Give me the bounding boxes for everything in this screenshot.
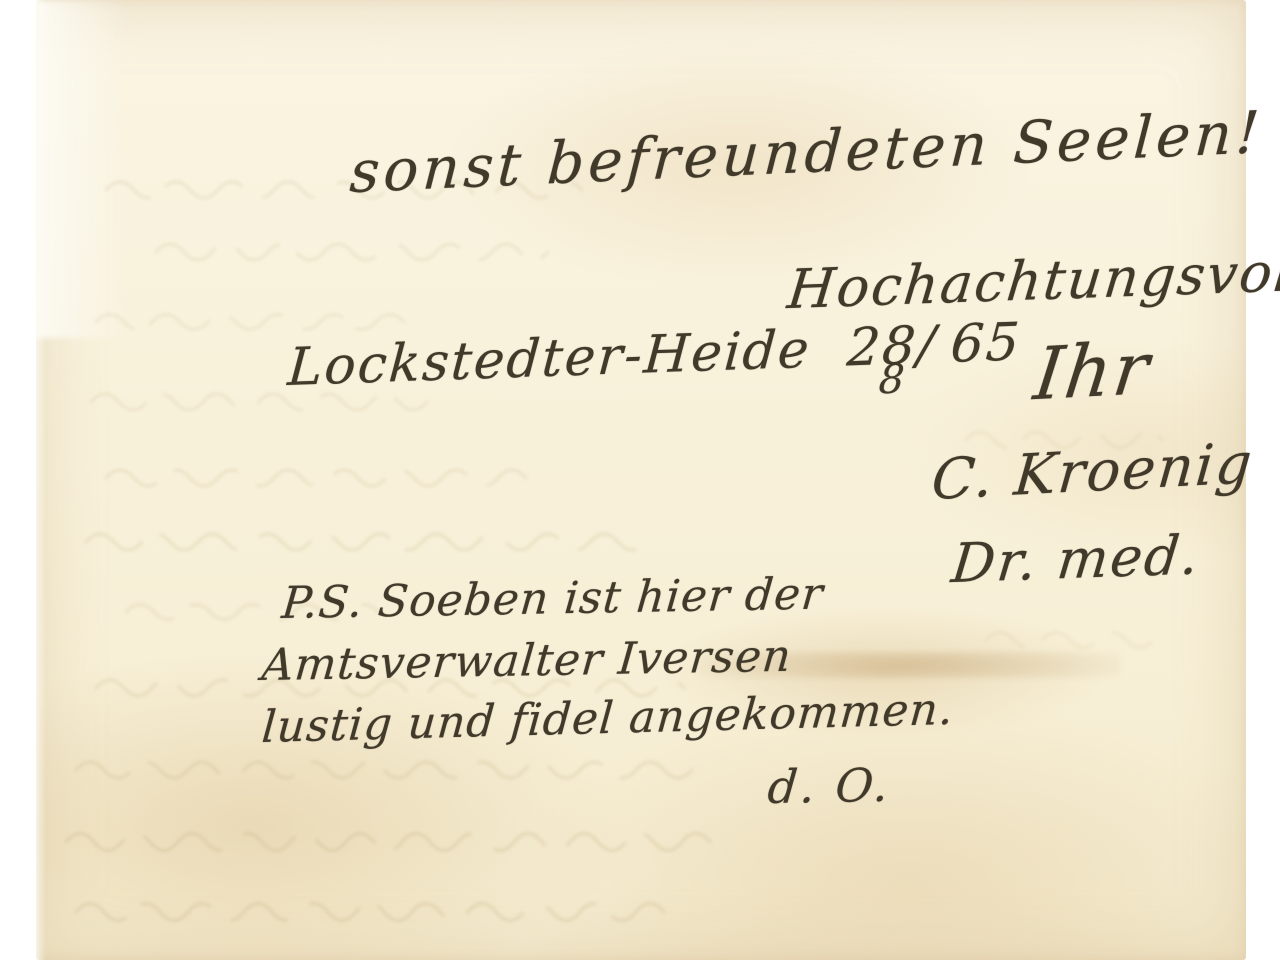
postscript-line-1: P.S. Soeben ist hier der bbox=[280, 569, 826, 630]
postscript-line-2: Amtsverwalter Iversen bbox=[260, 631, 794, 691]
date-separator: / bbox=[915, 315, 939, 376]
signature-title: Dr. med. bbox=[949, 523, 1204, 595]
valediction-pronoun: Ihr bbox=[1030, 326, 1155, 417]
date-year: 65 bbox=[949, 312, 1023, 375]
date-fraction: 28/65 8 bbox=[845, 312, 1023, 378]
scanned-letter: sonst befreundeten Seelen! Hochachtungsv… bbox=[0, 0, 1280, 960]
postscript-initials: d. O. bbox=[766, 758, 894, 814]
date-month: 8 bbox=[877, 356, 908, 403]
